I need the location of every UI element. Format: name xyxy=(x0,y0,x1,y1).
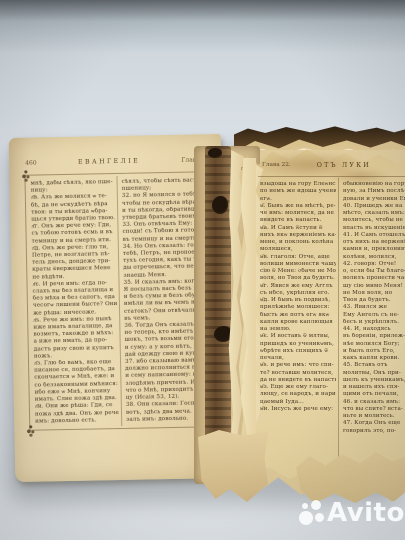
text-line: цаемый Іуда... xyxy=(260,399,336,406)
text-line: мѣсто, сказалъ имъ: xyxy=(343,210,405,217)
text-line: м҃а. И Самъ ѿступи ѿ xyxy=(260,225,336,232)
text-line: и нашелъ ихъ спя- xyxy=(343,384,405,391)
text-line: шелъ къ ученикамъ, xyxy=(343,377,405,384)
text-line: Ему Ангелъ съ не- xyxy=(343,312,405,319)
text-line: 45. Вставъ отъ xyxy=(343,362,405,369)
right-page-title: ОТЪ ЛУКИ xyxy=(317,162,371,172)
right-page-column-slavonic: взыдоша на гору Елеѡнску:по немъ же идош… xyxy=(260,181,336,461)
text-line: обыкновенію на гору xyxy=(343,181,405,188)
text-line: 43. Явился же xyxy=(343,304,405,311)
text-line: и былъ потъ Его, xyxy=(343,348,405,355)
photo-of-old-book: 460 ЕВАНГЕЛІЕ Глава 22. мнѣ, дабы сѣялъ,… xyxy=(0,0,405,540)
binding-stitch-knot xyxy=(208,148,222,158)
text-line: м҃є. И воставъ ѿ млтвы, xyxy=(260,333,336,340)
left-page-header: 460 ЕВАНГЕЛІЕ Глава 22. xyxy=(25,156,211,170)
text-line: нихъ якѡ верженіемъ ка- xyxy=(260,232,336,239)
text-line: волиши мимонести чашу xyxy=(260,261,336,268)
text-line: нѣе молился Богу; xyxy=(343,341,405,348)
left-page-column-slavonic: мнѣ, дабы сѣялъ, яко пше-ницу:л҃в. Азъ ж… xyxy=(31,179,120,426)
header-rule xyxy=(258,176,405,177)
corner-flourish-icon xyxy=(21,170,30,182)
text-line: егѡ. xyxy=(260,196,336,203)
text-line: пришедъ ко ученикѡмъ, xyxy=(260,341,336,348)
text-line: м҃д. И бывъ въ подвизѣ, xyxy=(260,297,336,304)
text-line: бысть же потъ егѡ якѡ xyxy=(260,312,336,319)
text-line: 44. И, находясь xyxy=(343,326,405,333)
text-line: какъ капли крови. xyxy=(343,355,405,362)
text-line: довали и ученики Его. xyxy=(343,196,405,203)
column-divider xyxy=(338,178,339,460)
text-line: м҃и. Іисусъ же рече ему: xyxy=(260,406,336,413)
binding-stitch-knot xyxy=(212,196,228,214)
text-line: о, если бы Ты благо- xyxy=(343,268,405,275)
text-line: въ бореніи, прилеж- xyxy=(343,333,405,340)
text-line: ную, за Нимъ послѣ- xyxy=(343,188,405,195)
text-line: сію ѿ Мене: ѻбаче не Моя xyxy=(260,268,336,275)
text-line: лющу, се народъ, и нари- xyxy=(260,391,336,398)
text-line: шу сію мимо Меня! xyxy=(343,283,405,290)
text-line: воля, но Твоя да будетъ. xyxy=(260,275,336,282)
right-page-header: Глава 22. ОТЪ ЛУКИ xyxy=(262,162,402,172)
text-line: взыдоша на гору Елеѡнску: xyxy=(260,181,336,188)
text-line: съ нбсе, укрѣпляя его. xyxy=(260,290,336,297)
text-line: говорилъ это, по- xyxy=(343,428,405,435)
text-line: внидете въ напасть. xyxy=(260,217,336,224)
avito-logo-icon xyxy=(302,503,308,509)
text-line: м҃г. Явися же ему Агглъ xyxy=(260,283,336,290)
text-line: м҃з. Еще же ему глаго- xyxy=(260,384,336,391)
text-line: отъ нихъ на верженіе xyxy=(343,239,405,246)
text-line: по немъ же идоша ученицы xyxy=(260,188,336,195)
text-line: не Моя воля, но xyxy=(343,290,405,297)
text-line: капли крове каплющыя xyxy=(260,319,336,326)
text-line: м҃ѕ. и рече имъ: что спи- xyxy=(260,362,336,369)
left-page-text-frame: мнѣ, дабы сѣялъ, яко пше-ницу:л҃в. Азъ ж… xyxy=(24,171,213,430)
text-line: ньте и молитесь. xyxy=(343,413,405,420)
text-line: м҃. Бывъ же на мѣстѣ, ре- xyxy=(260,203,336,210)
corner-flourish-icon xyxy=(26,425,35,437)
text-line: моляшеся, xyxy=(260,246,336,253)
text-line: щими отъ печали, xyxy=(343,391,405,398)
text-line: ѡбрѣте ихъ спящихъ ѿ xyxy=(260,348,336,355)
left-page-number: 460 xyxy=(25,160,37,170)
text-line: те? воставше молитеся, xyxy=(260,370,336,377)
text-line: печали, xyxy=(260,355,336,362)
text-line: да не внидете въ напасть. xyxy=(260,377,336,384)
avito-logo-icon xyxy=(315,513,324,522)
binding-stitch-knot xyxy=(214,326,232,342)
text-line: колѣни, молился, xyxy=(343,254,405,261)
text-line: 42. говоря: Отче! xyxy=(343,261,405,268)
right-page-chapter: Глава 22. xyxy=(262,162,291,172)
text-line: молитвы, Онъ при- xyxy=(343,370,405,377)
text-line: прилѣжнѣе моляшеся: xyxy=(260,304,336,311)
text-line: волилъ пронести ча- xyxy=(343,275,405,282)
avito-watermark-text: Avito xyxy=(327,498,405,528)
left-page-title: ЕВАНГЕЛІЕ xyxy=(78,158,140,169)
text-line: 47. Когда Онъ еще xyxy=(343,420,405,427)
text-line: 41. И Самъ отошелъ xyxy=(343,232,405,239)
avito-logo-icon xyxy=(311,500,321,510)
text-line: 40. Пришедъ же на xyxy=(343,203,405,210)
text-line: че имъ: молитеся, да не xyxy=(260,210,336,217)
text-line: камня и, преклонивъ xyxy=(343,246,405,253)
text-line: впасть въ искушеніе. xyxy=(343,225,405,232)
text-line: что вы спите? вста- xyxy=(343,406,405,413)
torn-bottom-edge xyxy=(296,452,405,504)
text-line: мене, и поклонь колѣна xyxy=(260,239,336,246)
text-line: бесъ и укрѣплялъ. xyxy=(343,319,405,326)
text-line: 46. и сказалъ имъ: xyxy=(343,399,405,406)
text-line: м҃в. глаголя: Отче, аще xyxy=(260,254,336,261)
text-line: молитесь, чтобы не xyxy=(343,217,405,224)
text-line: на землю. xyxy=(260,326,336,333)
avito-logo-icon xyxy=(299,511,313,525)
text-line: Твоя да будетъ. xyxy=(343,297,405,304)
right-page-column-russian: обыкновенію на горуную, за Нимъ послѣ-до… xyxy=(343,181,405,461)
